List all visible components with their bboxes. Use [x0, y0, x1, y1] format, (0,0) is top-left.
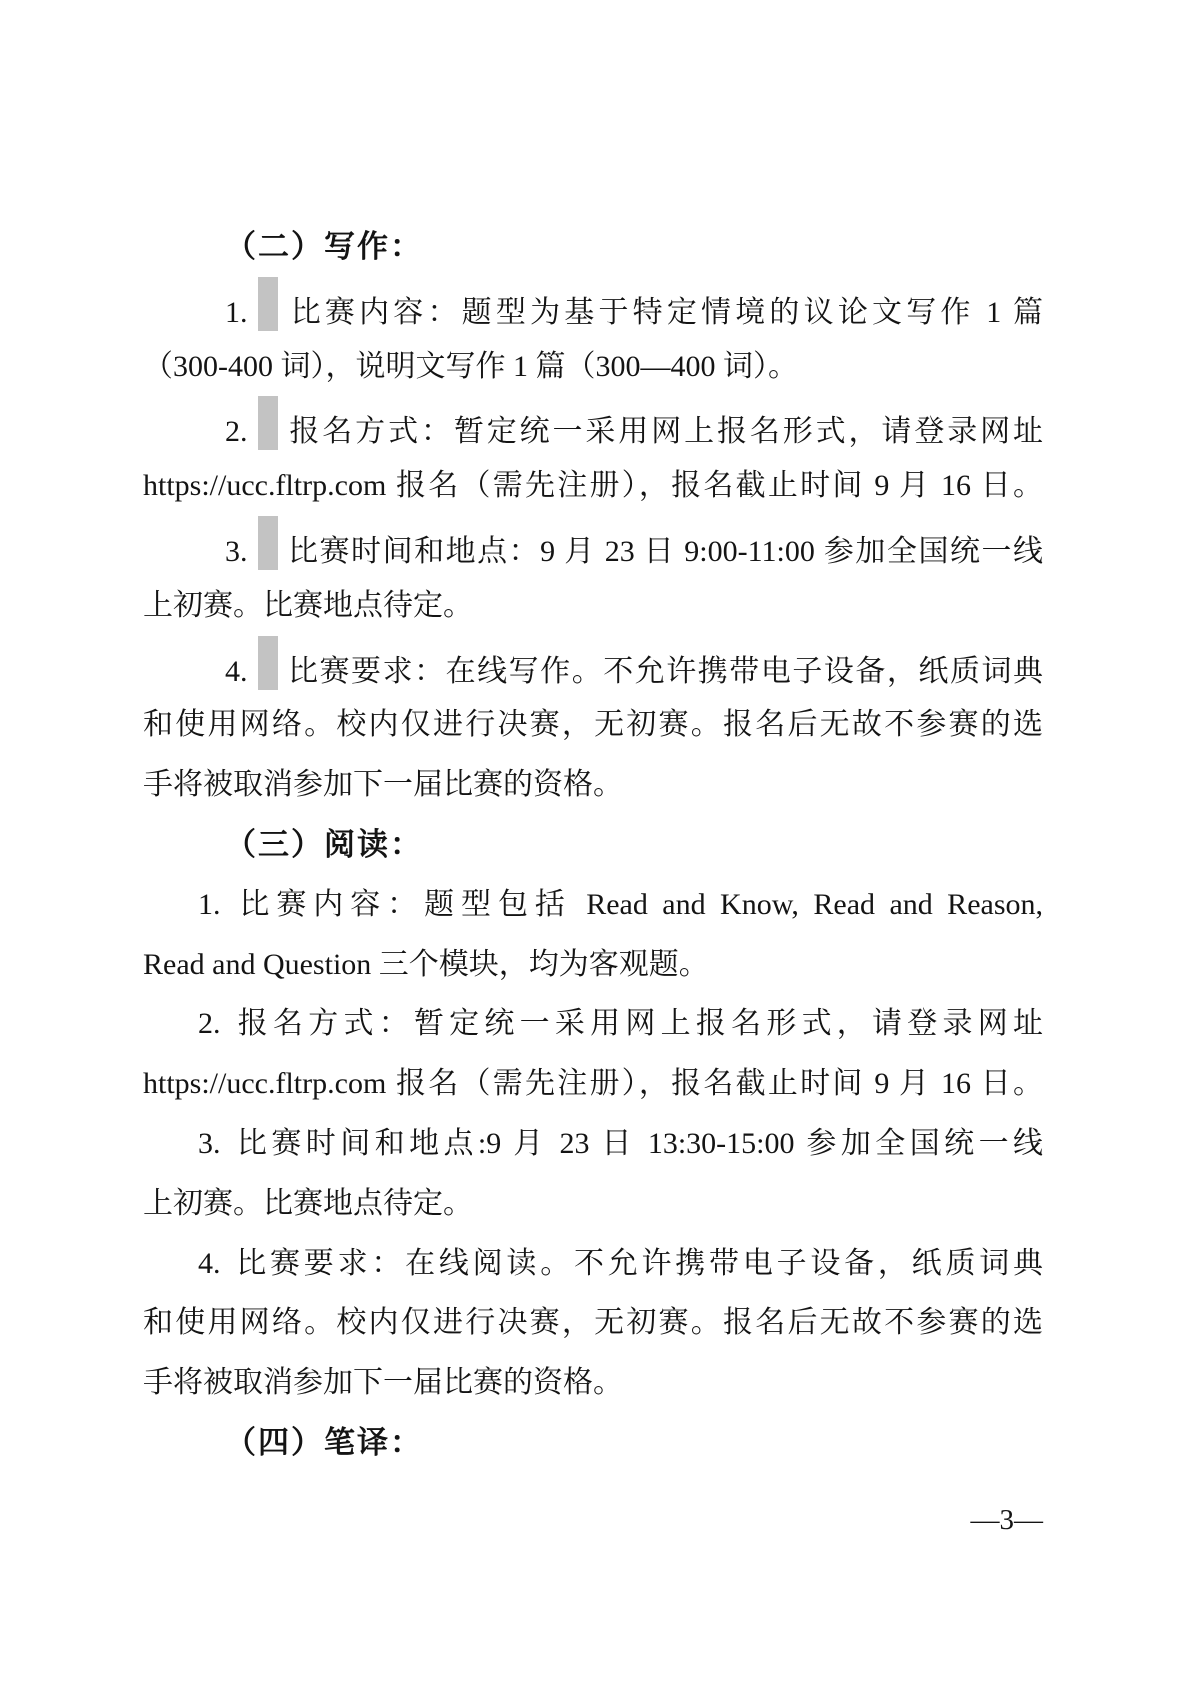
- document-page: （二）写作：1.比赛内容：题型为基于特定情境的议论文写作 1 篇（300-400…: [0, 0, 1191, 1684]
- list-item-line: 2.报名方式：暂定统一采用网上报名形式，请登录网址: [143, 994, 1043, 1054]
- list-item-line: 4.比赛要求：在线写作。不允许携带电子设备，纸质词典: [143, 636, 1043, 696]
- line-text: 报名方式：暂定统一采用网上报名形式，请登录网址: [233, 1007, 1044, 1040]
- highlight-mark: [258, 516, 278, 570]
- item-number: 4.: [225, 655, 248, 688]
- line-text: 比赛时间和地点:9 月 23 日 13:30-15:00 参加全国统一线: [233, 1127, 1044, 1160]
- line-text: 比赛内容：题型为基于特定情境的议论文写作 1 篇: [287, 296, 1044, 329]
- continuation-line: 上初赛。比赛地点待定。: [143, 576, 1043, 636]
- line-text: （二）写作：: [225, 229, 423, 264]
- line-text: 比赛要求：在线写作。不允许携带电子设备，纸质词典: [287, 655, 1044, 688]
- line-text: https://ucc.fltrp.com 报名（需先注册），报名截止时间 9 …: [143, 1067, 1043, 1100]
- list-item-line: 1.比赛内容：题型包括 Read and Know, Read and Reas…: [143, 875, 1043, 935]
- item-number: 2.: [198, 1007, 221, 1040]
- line-text: （四）笔译：: [225, 1425, 423, 1460]
- page-number: —3—: [971, 1504, 1044, 1536]
- line-text: 报名方式：暂定统一采用网上报名形式，请登录网址: [287, 415, 1044, 448]
- item-number: 3.: [225, 535, 248, 568]
- continuation-line: 和使用网络。校内仅进行决赛，无初赛。报名后无故不参赛的选: [143, 695, 1043, 755]
- list-item-line: 4.比赛要求：在线阅读。不允许携带电子设备，纸质词典: [143, 1234, 1043, 1294]
- line-text: 比赛时间和地点：9 月 23 日 9:00-11:00 参加全国统一线: [287, 535, 1044, 568]
- list-item-line: 3.比赛时间和地点：9 月 23 日 9:00-11:00 参加全国统一线: [143, 516, 1043, 576]
- continuation-line: https://ucc.fltrp.com 报名（需先注册），报名截止时间 9 …: [143, 1054, 1043, 1114]
- item-number: 4.: [198, 1247, 221, 1280]
- section-heading: （二）写作：: [143, 217, 1043, 277]
- line-text: Read and Question 三个模块，均为客观题。: [143, 948, 709, 981]
- item-number: 1.: [225, 296, 248, 329]
- line-text: 比赛要求：在线阅读。不允许携带电子设备，纸质词典: [233, 1247, 1044, 1280]
- highlight-mark: [258, 277, 278, 331]
- item-number: 1.: [198, 888, 221, 921]
- document-body: （二）写作：1.比赛内容：题型为基于特定情境的议论文写作 1 篇（300-400…: [143, 217, 1043, 1473]
- highlight-mark: [258, 396, 278, 450]
- section-heading: （三）阅读：: [143, 815, 1043, 875]
- continuation-line: 和使用网络。校内仅进行决赛，无初赛。报名后无故不参赛的选: [143, 1293, 1043, 1353]
- page-footer: —3—: [143, 1492, 1043, 1548]
- line-text: （300-400 词），说明文写作 1 篇（300—400 词）。: [143, 350, 798, 383]
- line-text: 和使用网络。校内仅进行决赛，无初赛。报名后无故不参赛的选: [143, 708, 1043, 741]
- line-text: 上初赛。比赛地点待定。: [143, 1187, 473, 1220]
- list-item-line: 1.比赛内容：题型为基于特定情境的议论文写作 1 篇: [143, 277, 1043, 337]
- line-text: 上初赛。比赛地点待定。: [143, 589, 473, 622]
- continuation-line: 手将被取消参加下一届比赛的资格。: [143, 1353, 1043, 1413]
- line-text: https://ucc.fltrp.com 报名（需先注册），报名截止时间 9 …: [143, 469, 1043, 502]
- continuation-line: https://ucc.fltrp.com 报名（需先注册），报名截止时间 9 …: [143, 456, 1043, 516]
- line-text: 和使用网络。校内仅进行决赛，无初赛。报名后无故不参赛的选: [143, 1306, 1043, 1339]
- item-number: 2.: [225, 415, 248, 448]
- line-text: 比赛内容：题型包括 Read and Know, Read and Reason…: [233, 888, 1044, 921]
- line-text: 手将被取消参加下一届比赛的资格。: [143, 768, 623, 801]
- item-number: 3.: [198, 1127, 221, 1160]
- list-item-line: 3.比赛时间和地点:9 月 23 日 13:30-15:00 参加全国统一线: [143, 1114, 1043, 1174]
- list-item-line: 2.报名方式：暂定统一采用网上报名形式，请登录网址: [143, 396, 1043, 456]
- continuation-line: 手将被取消参加下一届比赛的资格。: [143, 755, 1043, 815]
- continuation-line: （300-400 词），说明文写作 1 篇（300—400 词）。: [143, 337, 1043, 397]
- line-text: （三）阅读：: [225, 827, 423, 862]
- highlight-mark: [258, 636, 278, 690]
- line-text: 手将被取消参加下一届比赛的资格。: [143, 1366, 623, 1399]
- section-heading: （四）笔译：: [143, 1413, 1043, 1473]
- continuation-line: Read and Question 三个模块，均为客观题。: [143, 935, 1043, 995]
- continuation-line: 上初赛。比赛地点待定。: [143, 1174, 1043, 1234]
